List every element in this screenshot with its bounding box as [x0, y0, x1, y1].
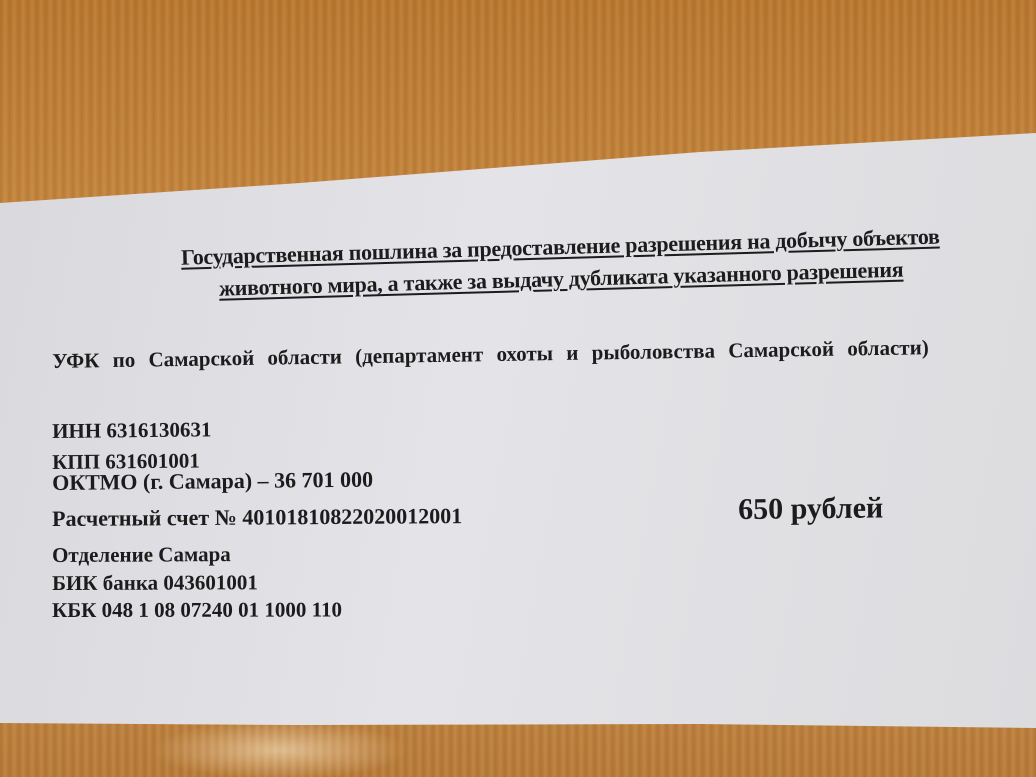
- fee-amount: 650 рублей: [738, 491, 883, 527]
- kbk-field: КБК 048 1 08 07240 01 1000 110: [52, 597, 342, 623]
- document-title: Государственная пошлина за предоставлени…: [100, 218, 1021, 308]
- payment-details-document: Государственная пошлина за предоставлени…: [0, 0, 1036, 777]
- bik-field: БИК банка 043601001: [52, 570, 258, 596]
- recipient-name: УФК по Самарской области (департамент ох…: [52, 330, 1007, 377]
- bank-branch-field: Отделение Самара: [52, 542, 231, 568]
- oktmo-field: ОКТМО (г. Самара) – 36 701 000: [52, 467, 373, 496]
- account-number-field: Расчетный счет № 40101810822020012001: [52, 503, 462, 532]
- inn-field: ИНН 6316130631: [52, 417, 212, 444]
